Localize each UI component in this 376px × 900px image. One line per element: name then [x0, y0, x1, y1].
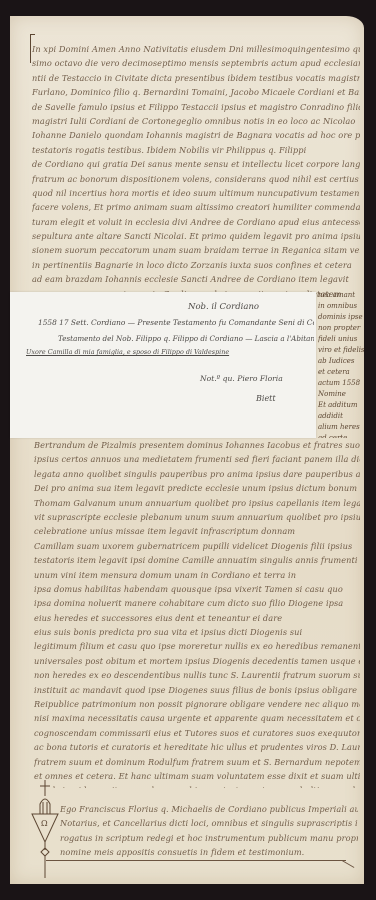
- text-line: Reipublice patrimonium non possit pignor…: [34, 697, 360, 711]
- closing-rule-line: [46, 860, 346, 861]
- margin-line: addidit: [318, 411, 364, 422]
- margin-line: Et additum: [318, 400, 364, 411]
- margin-line: in omnibus: [318, 301, 364, 312]
- margin-line: non propter: [318, 323, 364, 334]
- text-line: Furlano, Dominico filio q. Bernardini To…: [32, 85, 360, 99]
- text-line: ipsa domina noluerit manere cohabitare c…: [34, 596, 360, 610]
- margin-line: actum 1558: [318, 378, 364, 389]
- text-line: legata anno quolibet singulis pauperibus…: [34, 467, 360, 481]
- paper-note-line-1: 1558 17 Sett. Cordiano — Presente Testam…: [38, 318, 314, 327]
- text-line: ac bona tutoris et curatoris et heredita…: [34, 740, 360, 754]
- text-line: fratrum ac bonorum dispositionem volens,…: [32, 172, 360, 186]
- text-line: in pertinentiis Bagnarie in loco dicto Z…: [32, 258, 360, 272]
- text-line: non heredes ex eo descendentibus nullis …: [34, 668, 360, 682]
- text-line: Thomam Galvanum unum annuarium quolibet …: [34, 496, 360, 510]
- text-line: Bertrandum de Pizalmis presentem dominus…: [34, 438, 360, 452]
- text-line: turam elegit et voluit in ecclesia divi …: [32, 215, 360, 229]
- text-line: nomine meis appositis consuetis in fidem…: [60, 845, 358, 859]
- paper-signature-notary: Not.º qu. Piero Floria: [200, 374, 283, 383]
- text-line: cognoscendam commissarii eius et Tutores…: [34, 726, 360, 740]
- text-line: eius suis bonis predicta pro sua vita et…: [34, 625, 360, 639]
- text-line: legitimum filium et casu quo ipse morere…: [34, 639, 360, 653]
- text-line: de Savelle famulo ipsius et Filippo Test…: [32, 100, 360, 114]
- text-line: quod nil incertius hora mortis et ideo s…: [32, 186, 360, 200]
- text-line: Notarius, et Cancellarius dicti loci, om…: [60, 816, 358, 830]
- text-line: magistri Iulii Cordiani de Cortonegeglio…: [32, 114, 360, 128]
- right-margin-text: nec amant in omnibus dominis ipse non pr…: [318, 290, 364, 438]
- text-line: simo octavo die vero decimoseptimo mensi…: [32, 56, 360, 70]
- margin-line: nec amant: [318, 290, 364, 301]
- text-line: eius heredes et successores eius dent et…: [34, 611, 360, 625]
- paper-note-line-3: Uxore Camilla di mia famiglia, e sposo d…: [26, 348, 246, 356]
- text-line: vit suprascripte ecclesie plebanum unum …: [34, 510, 360, 524]
- text-line: universales post obitum et mortem ipsius…: [34, 654, 360, 668]
- margin-line: ab Iudices: [318, 356, 364, 367]
- text-line: facere volens, Et primo animam suam alti…: [32, 200, 360, 214]
- text-line: fratrem suum et dominum Rodulfum fratrem…: [34, 755, 360, 769]
- text-line: Iohanne Danielo quondam Iohannis magistr…: [32, 128, 360, 142]
- text-line: unum vini item mensura domum unam in Cor…: [34, 568, 360, 582]
- main-text-top: In xpi Domini Amen Anno Nativitatis eius…: [32, 42, 360, 302]
- text-line: Ego Franciscus Florius q. Michaelis de C…: [60, 802, 358, 816]
- notarial-signum-icon: Ω: [30, 780, 60, 880]
- paper-note-line-2: Testamento del Nob. Filippo q. Filippo d…: [58, 334, 314, 343]
- margin-line: Nomine: [318, 389, 364, 400]
- main-text-middle: Bertrandum de Pizalmis presentem dominus…: [34, 438, 360, 788]
- text-line: Dei pro anima sua item legavit predicte …: [34, 481, 360, 495]
- notary-subscription: Ego Franciscus Florius q. Michaelis de C…: [60, 802, 358, 862]
- paper-signature-top: Nob. il Cordiano: [188, 302, 259, 312]
- text-line: nisi maxima necessitatis causa urgente e…: [34, 711, 360, 725]
- text-line: ipsa domus habilitas habendam quousque i…: [34, 582, 360, 596]
- text-line: ipsius certos annuos una medietatem frum…: [34, 452, 360, 466]
- text-line: sepultura ante altare Sancti Nicolai. Et…: [32, 229, 360, 243]
- text-line: Camillam suam uxorem gubernatricem pupil…: [34, 539, 360, 553]
- text-line: testatoris rogatis testibus. Ibidem Nobi…: [32, 143, 360, 157]
- text-line: quod si quid asserit esse valere quod ip…: [34, 783, 360, 788]
- margin-line: viro et fidelis: [318, 345, 364, 356]
- margin-line: et cetera: [318, 367, 364, 378]
- text-line: instituit ac mandavit quod ipse Diogenes…: [34, 683, 360, 697]
- paper-insert-label: Nob. il Cordiano 1558 17 Sett. Cordiano …: [10, 292, 316, 438]
- text-line: et omnes et cetera. Et hanc ultimam suam…: [34, 769, 360, 783]
- margin-line: dominis ipse: [318, 312, 364, 323]
- text-line: ntii de Testaccio in Civitate dicta pres…: [32, 71, 360, 85]
- margin-line: alium heres: [318, 422, 364, 433]
- text-line: sionem suorum peccatorum unam suam braid…: [32, 243, 360, 257]
- paper-signature-short: Biett: [256, 394, 276, 403]
- text-line: de Cordiano qui gratia Dei sanus mente s…: [32, 157, 360, 171]
- text-line: ad eam brazdam Iohannis ecclesie Sancti …: [32, 272, 360, 286]
- text-line: In xpi Domini Amen Anno Nativitatis eius…: [32, 42, 360, 56]
- text-line: testatoris item legavit ipsi domine Cami…: [34, 553, 360, 567]
- text-line: celebratione unius missae item legavit i…: [34, 524, 360, 538]
- text-line: rogatus in scriptum redegi et hoc instru…: [60, 831, 358, 845]
- svg-text:Ω: Ω: [41, 819, 48, 828]
- margin-line: fideli unius: [318, 334, 364, 345]
